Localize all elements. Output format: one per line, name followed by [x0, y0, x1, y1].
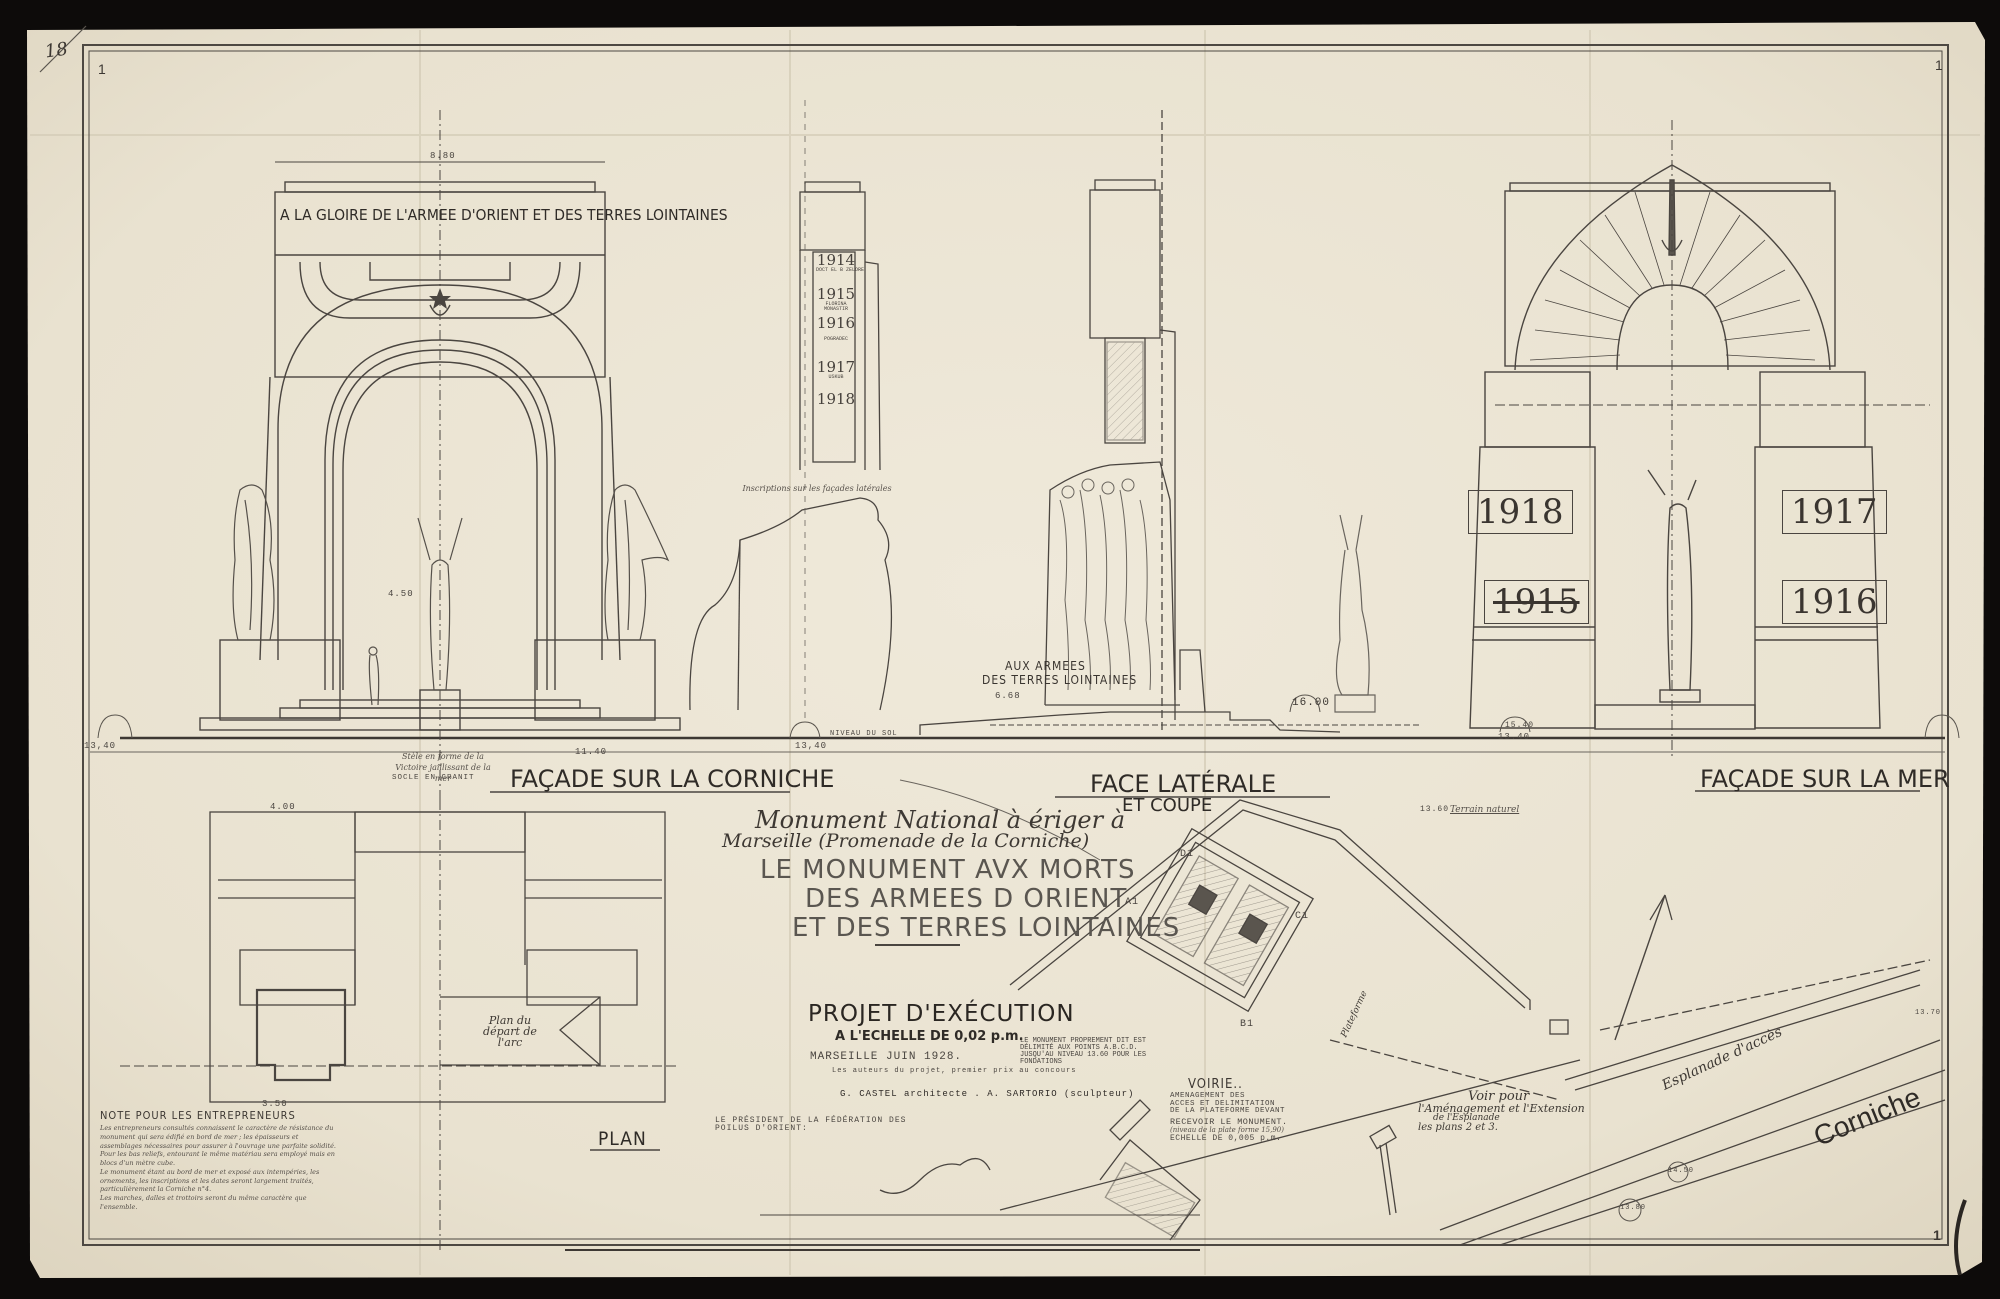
sea-year-1918: 1918 — [1468, 490, 1573, 534]
section-level-sol: 15.40 — [1505, 722, 1534, 730]
side-elevation-title: FACE LATÉRALE — [1090, 772, 1276, 796]
tower-inscription-note: Inscriptions sur les façades latérales — [742, 484, 892, 495]
corner-mark: 18 — [44, 40, 69, 61]
tower-year: 1914 — [816, 253, 856, 268]
contractor-note-line: Le monument étant au bord de mer et expo… — [100, 1168, 340, 1194]
tower-year: 1915 — [816, 287, 856, 302]
title-main-line3: ET DES TERRES LOINTAINES — [792, 915, 1180, 941]
title-script-line1: Monument National à ériger à — [755, 808, 1125, 832]
natural-level: 13.60 — [1420, 806, 1449, 814]
tower-place: POGRADEC — [816, 337, 856, 342]
voirie-line: ECHELLE DE 0,005 p.m. — [1170, 1135, 1288, 1143]
place-date: MARSEILLE JUIN 1928. — [810, 1052, 962, 1063]
project-title: PROJET D'EXÉCUTION — [808, 1003, 1075, 1026]
front-level-left: 13,40 — [84, 742, 116, 751]
sea-year-1915: 1915 — [1484, 580, 1589, 624]
contractor-note-line: Les entrepreneurs consultés connaissent … — [100, 1124, 340, 1150]
relief-label-line2: DES TERRES LOINTAINES — [982, 674, 1137, 686]
front-elevation-title: FAÇADE SUR LA CORNICHE — [510, 767, 834, 791]
natural-ground-label: Terrain naturel — [1450, 804, 1519, 816]
architectural-drawing-sheet: 18 1 1 1 A LA GLOIRE DE L'ARMEE D'ORIENT… — [0, 0, 2000, 1299]
sheet-number-bottom-right: 1 — [1933, 1228, 1941, 1242]
tower-place: DOCT EL B ZELORE — [816, 268, 856, 273]
tower-year: 1916 — [816, 316, 856, 331]
front-span-dimension: 11.40 — [575, 748, 607, 757]
ground-level-label: NIVEAU DU SOL — [830, 731, 898, 738]
side-elevation-subtitle: ET COUPE — [1122, 797, 1212, 815]
voirie-line: DE LA PLATEFORME DEVANT — [1170, 1108, 1288, 1116]
relief-label-line1: AUX ARMEES — [1005, 660, 1086, 672]
contractor-note-line: Les marches, dalles et trottoirs seront … — [100, 1194, 340, 1212]
voirie-title: VOIRIE.. — [1188, 1078, 1243, 1091]
point-d1: D1 — [1180, 850, 1194, 860]
plan-title: PLAN — [598, 1130, 647, 1149]
relief-dimension: 6.68 — [995, 692, 1021, 701]
title-script-line2: Marseille (Promenade de la Corniche) — [722, 832, 1089, 851]
voir-note: Voir pour l'Aménagement et l'Extension d… — [1418, 1090, 1585, 1133]
contractor-note: NOTE POUR LES ENTREPRENEURS Les entrepre… — [100, 1110, 340, 1212]
signatories: G. CASTEL architecte . A. SARTORIO (scul… — [840, 1090, 1134, 1099]
sheet-number-top-left: 1 — [98, 62, 106, 76]
sheet-number-top-right: 1 — [1935, 58, 1943, 72]
sea-facade-title: FAÇADE SUR LA MER — [1700, 767, 1950, 791]
authors-note: Les auteurs du projet, premier prix au c… — [832, 1068, 1076, 1075]
voirie-line: RECEVOIR LE MONUMENT. — [1170, 1118, 1288, 1127]
site-level: 13.70 — [1915, 1010, 1941, 1017]
project-scale: A L'ECHELLE DE 0,02 p.m. — [835, 1030, 1024, 1043]
plan-stairs-label: Plan du départ de l'arc — [475, 1015, 545, 1048]
drawing-linework — [0, 0, 2000, 1299]
site-level: 14.50 — [1668, 1168, 1694, 1175]
front-base-material: SOCLE EN GRANIT — [392, 775, 475, 783]
president-line: LE PRÉSIDENT DE LA FÉDÉRATION DES POILUS… — [715, 1117, 915, 1133]
contractor-note-line: Pour les bas reliefs, entourant le même … — [100, 1150, 340, 1168]
section-level-right: 13.40 — [1498, 733, 1530, 742]
point-b1: B1 — [1240, 1020, 1254, 1030]
front-inscription: A LA GLOIRE DE L'ARMEE D'ORIENT ET DES T… — [280, 208, 728, 224]
voirie-notes: AMENAGEMENT DES ACCES ET DELIMITATION DE… — [1170, 1093, 1288, 1143]
contractor-note-title: NOTE POUR LES ENTREPRENEURS — [100, 1110, 340, 1121]
platform-level: 16.00 — [1292, 698, 1330, 709]
tower-inscriptions: 1914 DOCT EL B ZELORE 1915 FLORINA MONAS… — [816, 253, 856, 407]
voir-note-line: les plans 2 et 3. — [1418, 1123, 1585, 1133]
plan-side-dim: 3.50 — [262, 1100, 288, 1109]
title-main-line1: LE MONUMENT AVX MORTS — [760, 857, 1135, 883]
front-level-right: 13,40 — [795, 742, 827, 751]
point-c1: C1 — [1295, 912, 1309, 922]
sea-year-1916: 1916 — [1782, 580, 1887, 624]
foundation-note: LE MONUMENT PROPREMENT DIT EST DÉLIMITÉ … — [1020, 1038, 1160, 1066]
sea-year-1917: 1917 — [1782, 490, 1887, 534]
tower-year: 1917 — [816, 360, 856, 375]
point-a1: A1 — [1125, 898, 1139, 908]
site-level: 13.80 — [1620, 1205, 1646, 1212]
tower-place: FLORINA MONASTIR — [816, 302, 856, 312]
title-main-line2: DES ARMEES D ORIENT — [805, 886, 1127, 912]
tower-year: 1918 — [816, 392, 856, 407]
front-width-dimension: 8.80 — [430, 152, 456, 161]
plan-width-dim: 4.00 — [270, 803, 296, 812]
front-inner-dimension: 4.50 — [388, 590, 414, 599]
